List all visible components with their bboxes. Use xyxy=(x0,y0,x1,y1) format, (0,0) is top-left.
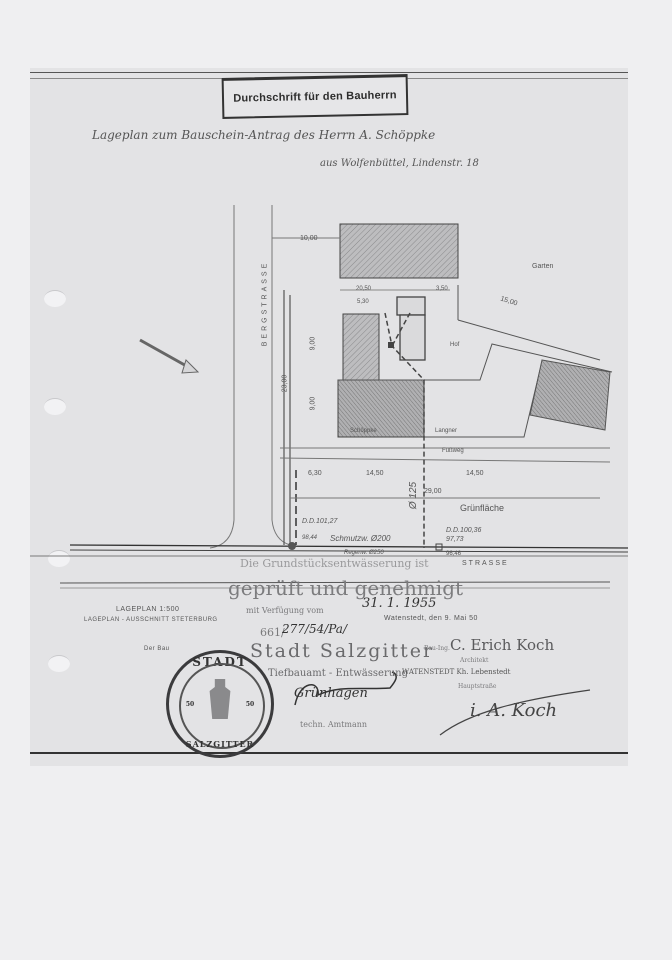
city-seal: STADT 50 50 SALZGITTER xyxy=(166,650,274,758)
dim-10: 10,00 xyxy=(300,235,318,242)
owner-schoeppke-label: Schöppke xyxy=(350,428,377,434)
place-date: Watenstedt, den 9. Mai 50 xyxy=(384,615,478,622)
architect-address: WATENSTEDT Kh. Lebenstedt xyxy=(402,668,510,676)
seal-bottom-text: SALZGITTER xyxy=(169,739,271,749)
sewer-level-right-top: 97,73 xyxy=(446,536,464,543)
ref-prefix: 661/ xyxy=(260,626,285,639)
architect-name: C. Erich Koch xyxy=(450,636,554,654)
department: Tiefbauamt - Entwässerung xyxy=(268,668,408,679)
dim-5-30: 5,30 xyxy=(357,299,369,305)
court-label: Hof xyxy=(450,342,459,348)
approval-date: 31. 1. 1955 xyxy=(362,596,436,611)
approval-faded-line: Die Grundstücksentwässerung ist xyxy=(240,557,429,570)
ref-number: 277/54/Pa/ xyxy=(282,622,347,636)
owner-langner-label: Langner xyxy=(435,428,457,434)
dim-9-00-b: 9,00 xyxy=(309,397,316,411)
excerpt-note: LAGEPLAN - AUSSCHNITT STETERBURG xyxy=(84,617,218,623)
scale-note: LAGEPLAN 1:500 xyxy=(116,606,179,613)
street-label-bottom: STRASSE xyxy=(462,560,509,567)
footpath-label: Fußweg xyxy=(442,448,464,454)
street-label-bergstrasse: BERGSTRASSE xyxy=(261,261,268,347)
signature-architect: i. A. Koch xyxy=(470,700,557,721)
dim-23: 23,00 xyxy=(281,375,288,393)
city-name: Stadt Salzgitter xyxy=(250,640,434,662)
green-area-label: Grünfläche xyxy=(460,503,504,513)
signature-city: Grünhagen xyxy=(294,686,368,701)
sewer-dd-right: D.D.100,36 xyxy=(446,527,481,534)
sewer-dd-left: D.D.101,27 xyxy=(302,518,337,525)
dim-14-50-a: 14,50 xyxy=(366,470,384,477)
dim-14-50-b: 14,50 xyxy=(466,470,484,477)
pipe-diameter: Ø 125 xyxy=(408,482,419,509)
architect-prefix: Bau-Ing. xyxy=(424,645,450,652)
dim-29: 29,00 xyxy=(424,488,442,495)
dim-9-00-a: 9,00 xyxy=(309,337,316,351)
approval-decree: mit Verfügung vom xyxy=(246,606,324,615)
sewer-level-left: 98,44 xyxy=(302,535,317,541)
dim-6-30: 6,30 xyxy=(308,470,322,477)
dim-3-50: 3,50 xyxy=(436,286,448,292)
sewer-regen: Regenw. Ø250 xyxy=(344,550,384,556)
site-plan-drawing xyxy=(0,0,672,960)
sewer-level-right-bottom: 96,46 xyxy=(446,551,461,557)
garden-label: Garten xyxy=(532,263,553,270)
architect-street: Hauptstraße xyxy=(458,683,496,690)
architect-role: Architekt xyxy=(460,657,488,664)
sewer-schmutz: Schmutzw. Ø200 xyxy=(330,534,390,543)
dim-20-50: 20,50 xyxy=(356,286,371,292)
paper-sheet: Durchschrift für den Bauherrn Lageplan z… xyxy=(0,0,672,960)
der-bau-label: Der Bau xyxy=(144,646,170,652)
official-title: techn. Amtmann xyxy=(300,720,367,729)
